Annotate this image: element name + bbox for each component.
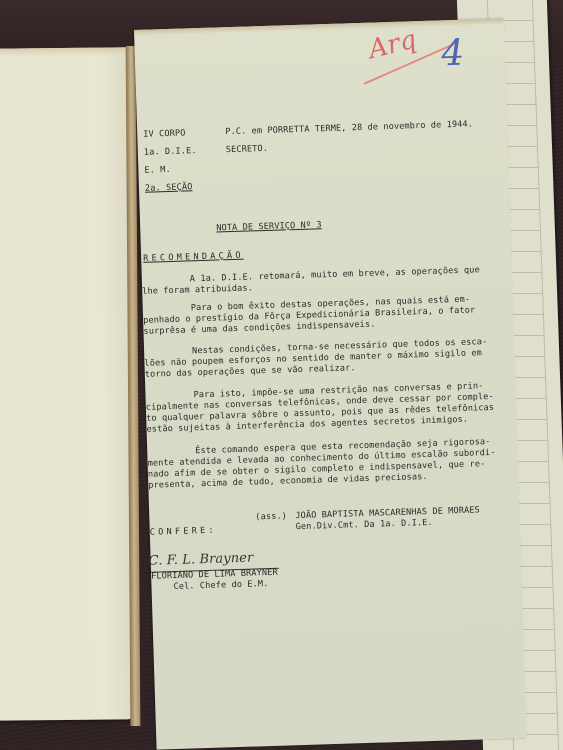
- confere-title: Cel. Chefe do E.M.: [173, 579, 268, 593]
- blue-page-number: 4: [440, 48, 465, 60]
- header-corps: IV CORPO: [143, 128, 186, 140]
- confere-label: CONFERE:: [150, 526, 217, 539]
- section-heading: RECOMENDAÇÃO: [143, 251, 244, 265]
- header-division: 1a. D.I.E.: [144, 146, 197, 159]
- red-handwritten-mark: Arq: [368, 34, 417, 56]
- header-section: 2a. SEÇÃO: [145, 182, 193, 194]
- header-staff: E. M.: [144, 165, 171, 177]
- document-page: Arq 4 IV CORPO 1a. D.I.E. E. M. 2a. SEÇÃ…: [134, 18, 526, 749]
- document-title: NOTA DE SERVIÇO Nº 3: [216, 220, 322, 234]
- signature-prefix: (ass.): [255, 511, 287, 523]
- document-body: Arq 4 IV CORPO 1a. D.I.E. E. M. 2a. SEÇÃ…: [134, 18, 526, 749]
- handwritten-signature: C. F. L. Brayner: [149, 553, 254, 567]
- classification: SECRETO.: [226, 144, 269, 156]
- place-date: P.C. em PORRETTA TERME, 28 de novembro d…: [225, 119, 473, 138]
- left-page: [0, 47, 136, 720]
